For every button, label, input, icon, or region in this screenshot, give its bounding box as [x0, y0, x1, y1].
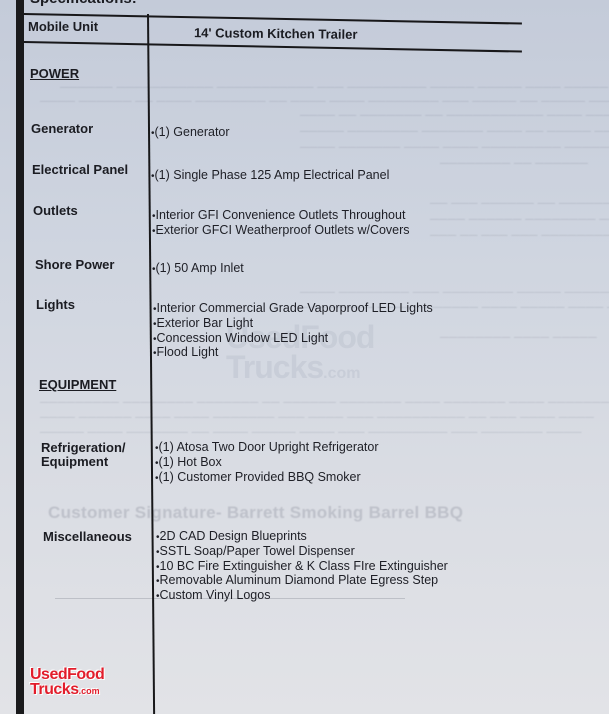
- list-item: 2D CAD Design Blueprints: [156, 530, 448, 545]
- row-values-refrigeration: (1) Atosa Two Door Upright Refrigerator …: [155, 441, 379, 485]
- list-item: (1) Single Phase 125 Amp Electrical Pane…: [151, 169, 389, 184]
- row-label-refrigeration: Refrigeration/ Equipment: [41, 441, 126, 469]
- spec-sheet-photo: ────── ─────────── ─────────── ─── ─────…: [0, 0, 609, 714]
- logo-line2: Trucks: [30, 681, 79, 698]
- document-title: Specifications:: [30, 0, 137, 7]
- list-item: Removable Aluminum Diamond Plate Egress …: [156, 574, 448, 589]
- bleed-through-text: ──── ─────── ──── ──── ───────── ──────: [300, 140, 609, 154]
- mobile-unit-value: 14' Custom Kitchen Trailer: [194, 25, 358, 42]
- row-label-line: Equipment: [41, 455, 126, 469]
- list-item: Exterior Bar Light: [153, 317, 433, 332]
- list-item: Custom Vinyl Logos: [156, 589, 448, 604]
- table-column-divider: [147, 14, 155, 714]
- list-item: (1) Generator: [151, 126, 230, 141]
- table-left-border: [16, 0, 24, 714]
- row-label-miscellaneous: Miscellaneous: [43, 530, 132, 544]
- row-values-outlets: Interior GFI Convenience Outlets Through…: [152, 209, 410, 239]
- row-values-shore-power: (1) 50 Amp Inlet: [152, 262, 244, 277]
- row-label-generator: Generator: [31, 122, 93, 136]
- row-values-electrical-panel: (1) Single Phase 125 Amp Electrical Pane…: [151, 169, 389, 184]
- list-item: Interior Commercial Grade Vaporproof LED…: [153, 302, 433, 317]
- list-item: 10 BC Fire Extinguisher & K Class FIre E…: [156, 560, 448, 575]
- table-header-rule: [24, 41, 522, 53]
- row-values-lights: Interior Commercial Grade Vaporproof LED…: [153, 302, 433, 361]
- table-top-rule: [24, 13, 522, 25]
- list-item: (1) 50 Amp Inlet: [152, 262, 244, 277]
- bleed-through-text: ──── ────── ── ──── ──────── ── ──── ───…: [40, 94, 609, 108]
- section-heading-equipment: EQUIPMENT: [39, 377, 116, 392]
- bleed-through-signature: Customer Signature- Barrett Smoking Barr…: [48, 503, 463, 523]
- bleed-through-text: ───── ──────── ─────── ──── ── ───── ──: [300, 124, 609, 138]
- section-heading-power: POWER: [30, 66, 79, 81]
- logo-suffix: .com: [79, 686, 100, 696]
- row-label-line: Refrigeration/: [41, 441, 126, 455]
- row-label-shore-power: Shore Power: [35, 258, 114, 272]
- bleed-through-text: ── ─── ────── ── ──────: [430, 196, 609, 210]
- row-label-outlets: Outlets: [33, 204, 78, 218]
- bleed-through-text: ──────── ──── ─────: [440, 330, 597, 344]
- list-item: Concession Window LED Light: [153, 332, 433, 347]
- row-label-electrical-panel: Electrical Panel: [32, 163, 128, 177]
- list-item: Flood Light: [153, 346, 433, 361]
- row-values-miscellaneous: 2D CAD Design Blueprints SSTL Soap/Paper…: [156, 530, 448, 604]
- bleed-through-text: ───── ──── ─────── ── ──── ───── ──── ──…: [40, 425, 582, 439]
- bleed-through-text: ───────── ──────── ─────── ── ────── ───…: [40, 395, 609, 409]
- list-item: (1) Atosa Two Door Upright Refrigerator: [155, 441, 379, 456]
- list-item: SSTL Soap/Paper Towel Dispenser: [156, 545, 448, 560]
- bleed-through-text: ─── ── ─── ─── ──────── ──: [430, 228, 609, 242]
- bleed-through-text: ──────── ── ──────: [440, 156, 588, 170]
- bleed-through-text: ──── ──────── ─── ──────── ───── ────── …: [300, 285, 609, 299]
- bleed-through-text: ────── ─────────── ─────────── ─── ─────…: [60, 80, 608, 94]
- logo-line1: UsedFood: [30, 667, 104, 682]
- bleed-through-text: ──── ── ─────── ── ─────────── ──── ────: [300, 108, 609, 122]
- usedfoodtrucks-logo: UsedFood Trucks.com: [30, 667, 104, 699]
- mobile-unit-label: Mobile Unit: [28, 20, 98, 34]
- row-values-generator: (1) Generator: [151, 126, 230, 141]
- row-label-lights: Lights: [36, 298, 75, 312]
- list-item: (1) Customer Provided BBQ Smoker: [155, 471, 379, 486]
- bleed-through-text: ──── ────── ──── ──── ─────── ─── ──── ─…: [40, 410, 594, 424]
- list-item: Interior GFI Convenience Outlets Through…: [152, 209, 410, 224]
- watermark-suffix: .com: [323, 365, 360, 382]
- list-item: Exterior GFCI Weatherproof Outlets w/Cov…: [152, 224, 410, 239]
- list-item: (1) Hot Box: [155, 456, 379, 471]
- bleed-through-text: ──── ────── ──────── ────: [430, 212, 609, 226]
